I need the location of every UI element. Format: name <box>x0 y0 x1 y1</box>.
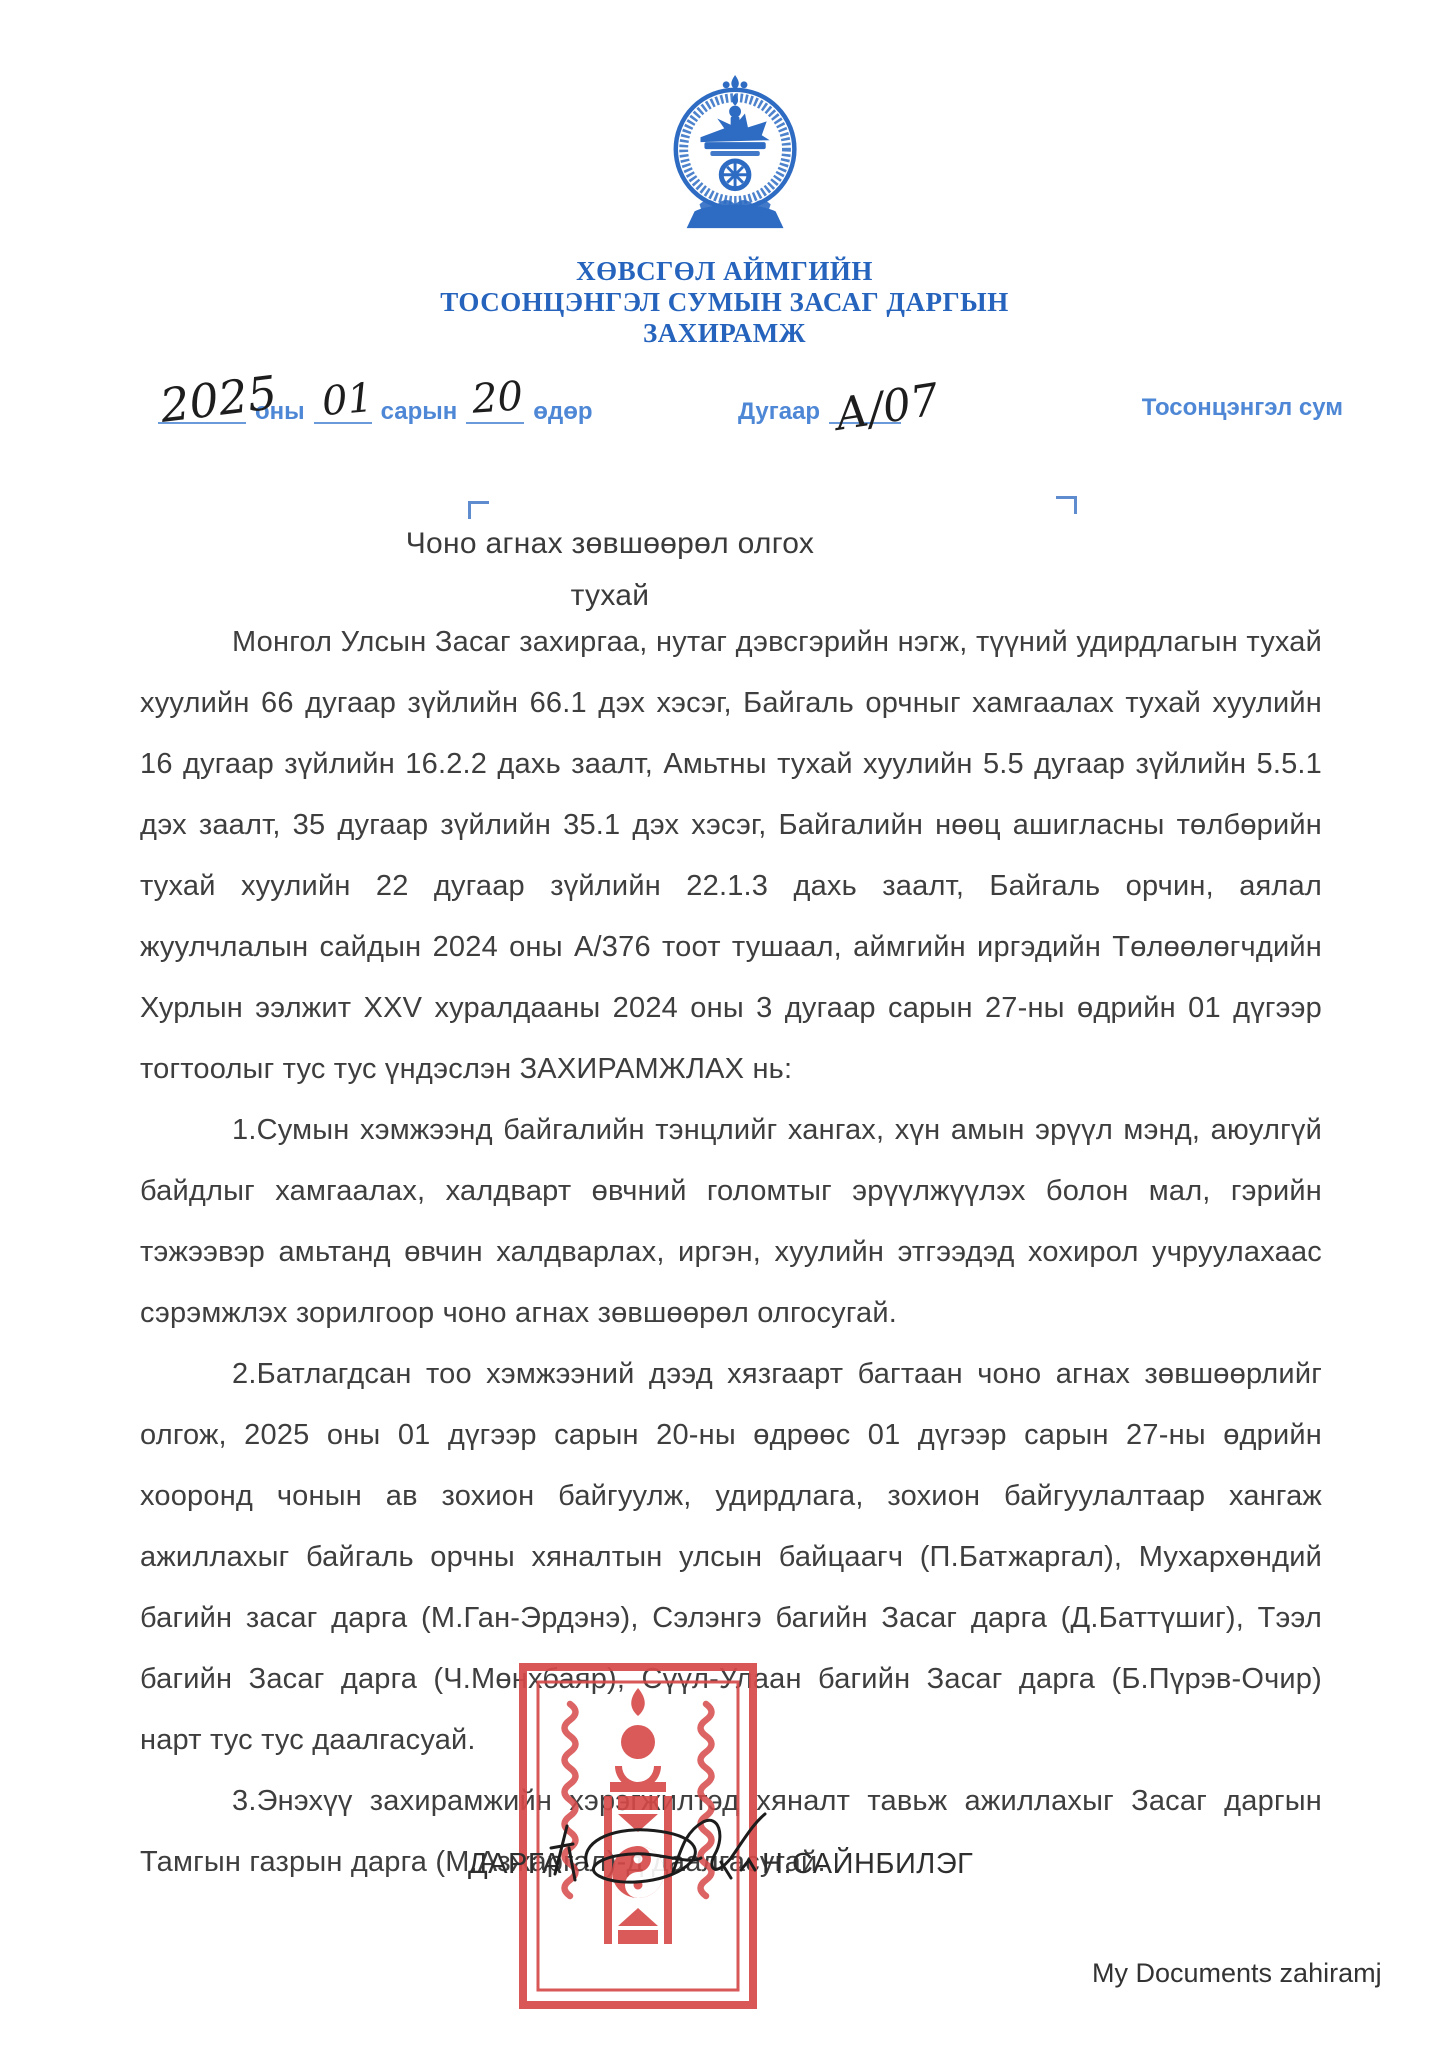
title-corner-mark-right <box>1056 496 1077 514</box>
day-blank: 20 <box>466 396 524 424</box>
month-label: сарын <box>381 400 458 424</box>
date-group: 2025 оны 01 сарын 20 өдөр <box>158 396 593 424</box>
signature-scribble <box>545 1796 795 1921</box>
number-label: Дугаар <box>738 400 820 424</box>
document-heading: ХӨВСГӨЛ АЙМГИЙН ТОСОНЦЭНГЭЛ СУМЫН ЗАСАГ … <box>0 256 1449 349</box>
location-label: Тосонцэнгэл сум <box>1142 394 1343 422</box>
number-group: Дугаар А/07 <box>738 396 901 424</box>
document-title-line1: Чоно агнах зөвшөөрөл олгох <box>140 518 1080 570</box>
intro-paragraph: Монгол Улсын Засаг захиргаа, нутаг дэвсг… <box>140 612 1322 1100</box>
handwritten-number: А/07 <box>832 378 942 438</box>
month-blank: 01 <box>314 396 372 424</box>
decree-document-page: ХӨВСГӨЛ АЙМГИЙН ТОСОНЦЭНГЭЛ СУМЫН ЗАСАГ … <box>0 0 1449 2048</box>
document-title: Чоно агнах зөвшөөрөл олгох тухай <box>140 518 1080 622</box>
footer-note: My Documents zahiramj <box>1092 1958 1382 1989</box>
handwritten-month: 01 <box>320 378 374 422</box>
handwritten-day: 20 <box>471 376 525 419</box>
heading-line-type: ЗАХИРАМЖ <box>0 318 1449 349</box>
number-blank: А/07 <box>829 396 901 424</box>
dateline: 2025 оны 01 сарын 20 өдөр Дугаар А/07 То… <box>0 372 1449 432</box>
signer-name-label: Н.САЙНБИЛЭГ <box>762 1848 973 1881</box>
heading-line-sum: ТОСОНЦЭНГЭЛ СУМЫН ЗАСАГ ДАРГЫН <box>0 287 1449 318</box>
title-corner-mark-left <box>468 501 489 519</box>
day-label: өдөр <box>533 400 592 424</box>
heading-line-aimag: ХӨВСГӨЛ АЙМГИЙН <box>0 256 1449 287</box>
handwritten-year: 2025 <box>158 369 280 429</box>
clause-1-paragraph: 1.Сумын хэмжээнд байгалийн тэнцлийг ханг… <box>140 1100 1322 1344</box>
mongolia-state-emblem-icon <box>651 72 819 245</box>
year-blank: 2025 <box>158 396 246 424</box>
